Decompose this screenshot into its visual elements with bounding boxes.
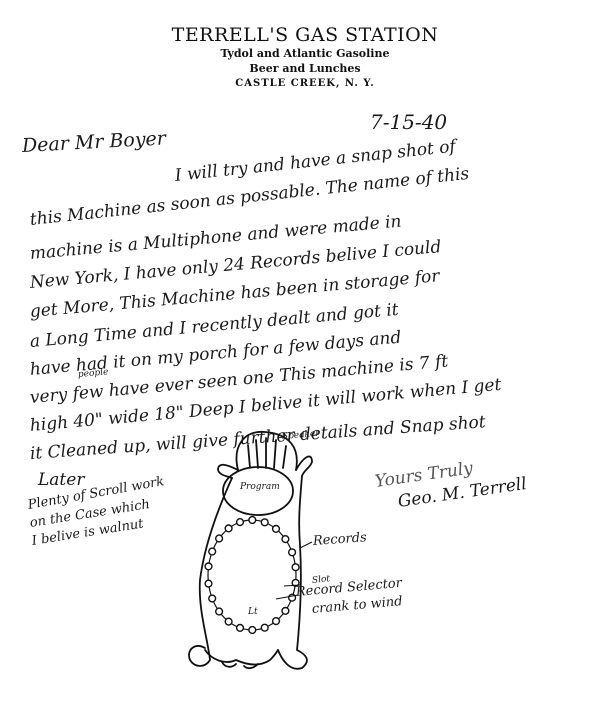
label-lt: Lt <box>248 607 258 617</box>
multiphone-sketch <box>0 0 610 706</box>
label-program: Program <box>240 482 280 492</box>
